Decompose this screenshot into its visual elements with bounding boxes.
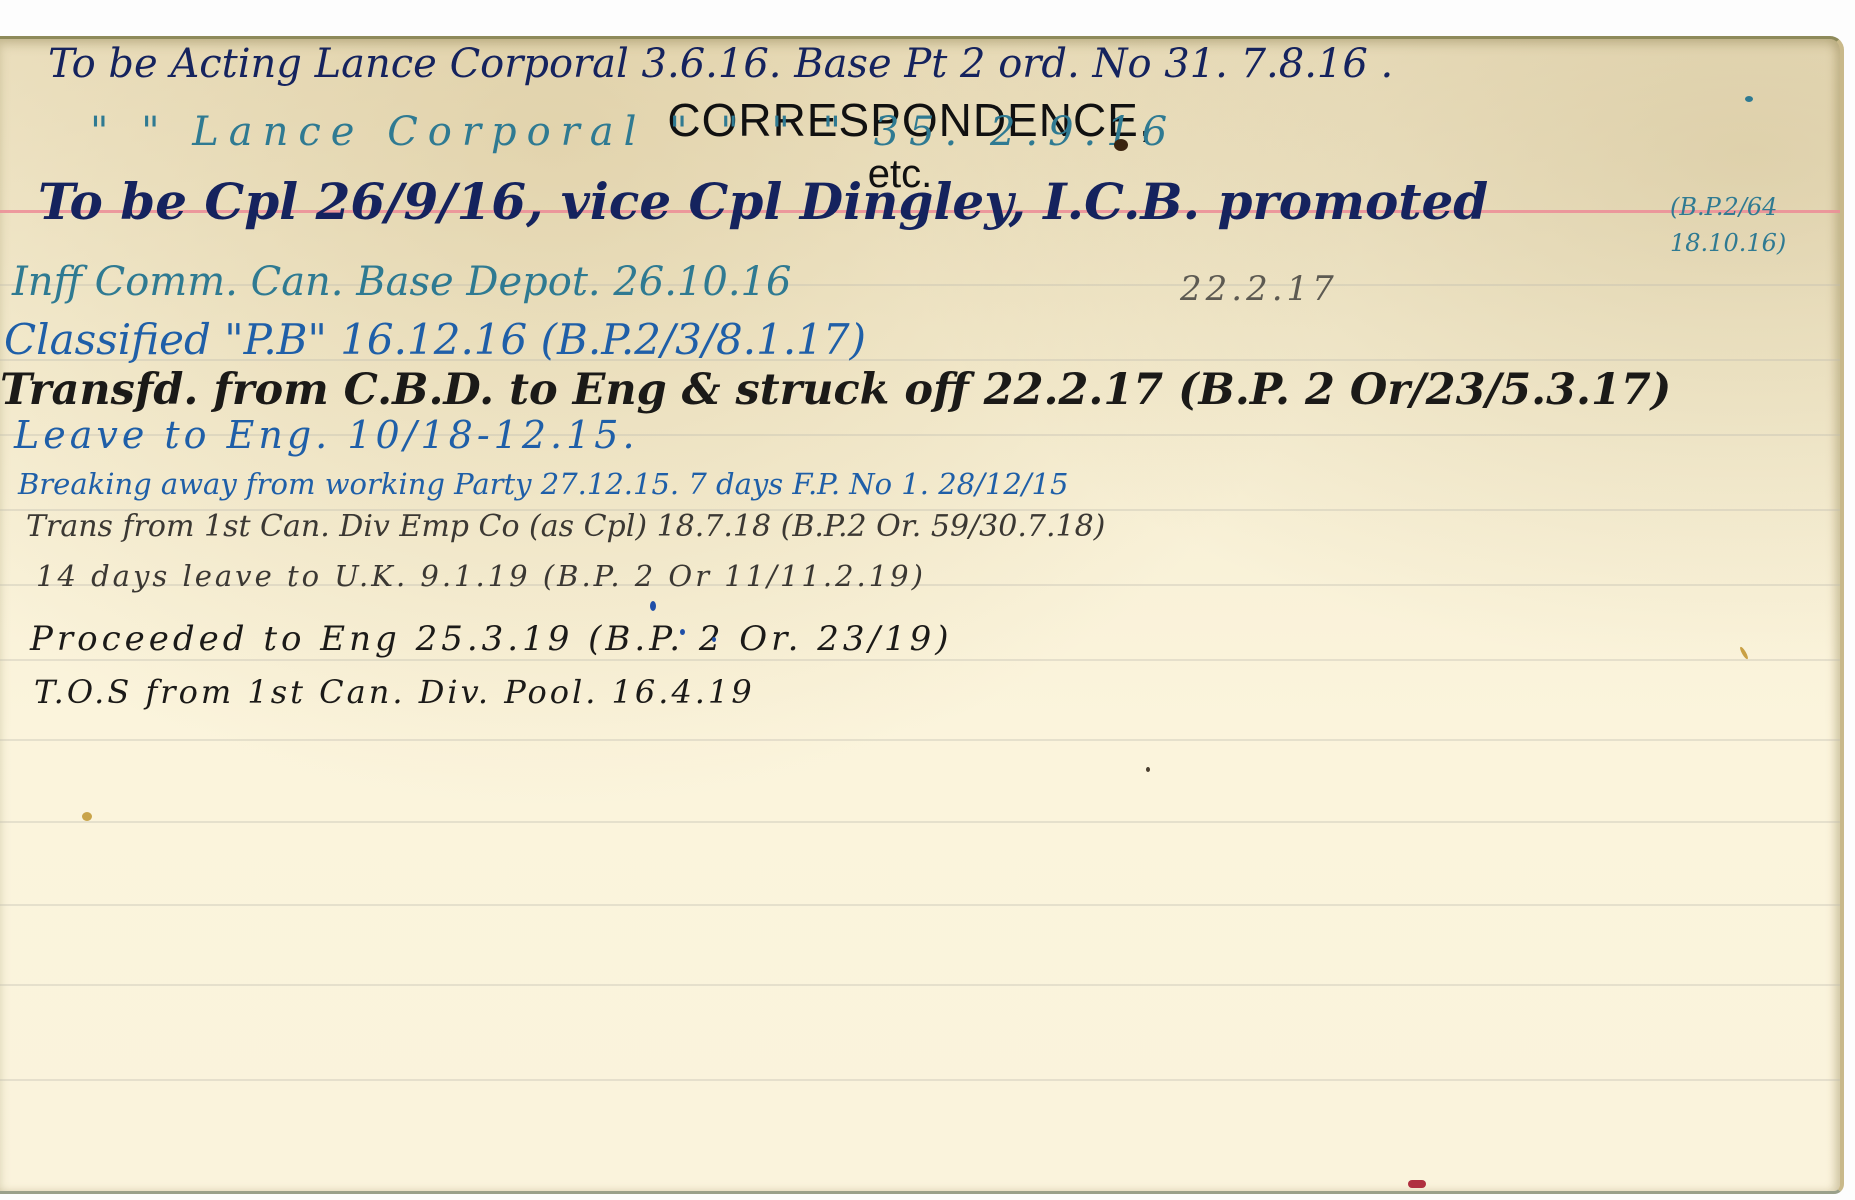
entry-breaking-away: Breaking away from working Party 27.12.1… (18, 467, 1068, 501)
entry-transferred-struck-off: Transfd. from C.B.D. to Eng & struck off… (0, 365, 1671, 415)
entry-proceeded-to-eng: Proceeded to Eng 25.3.19 (B.P. 2 Or. 23/… (30, 619, 953, 659)
entry-trans-from-emp-co: Trans from 1st Can. Div Emp Co (as Cpl) … (26, 509, 1105, 544)
entry-14-days-leave: 14 days leave to U.K. 9.1.19 (B.P. 2 Or … (36, 559, 926, 593)
ruled-line (0, 984, 1840, 986)
paper-stain (82, 812, 92, 821)
paper-speck (1146, 767, 1150, 772)
ink-dot (680, 629, 685, 635)
entry-to-be-corporal-ref: (B.P.2/64 18.10.16) (1670, 189, 1840, 261)
entry-classified-pb: Classified "P.B" 16.12.16 (B.P.2/3/8.1.1… (4, 315, 866, 364)
entry-to-be-corporal: To be Cpl 26/9/16, vice Cpl Dingley, I.C… (38, 172, 1488, 231)
ruled-line (0, 659, 1840, 661)
entry-inff-comm-end-date: 22.2.17 (1180, 269, 1338, 309)
ink-blot (1114, 139, 1128, 151)
ink-dot (712, 637, 716, 642)
ink-dot (650, 601, 656, 611)
ruled-line (0, 739, 1840, 741)
entry-acting-lance-corporal: To be Acting Lance Corporal 3.6.16. Base… (48, 41, 1393, 87)
ruled-line (0, 1079, 1840, 1081)
ink-dot (1745, 96, 1753, 102)
edge-mark (1408, 1180, 1426, 1188)
entry-tos-from-pool: T.O.S from 1st Can. Div. Pool. 16.4.19 (34, 673, 755, 711)
ruled-line (0, 821, 1840, 823)
paper-stain (1739, 646, 1749, 660)
entry-inff-comm: Inff Comm. Can. Base Depot. 26.10.16 (12, 259, 791, 305)
entry-lance-corporal: " " Lance Corporal " " " " 35. 2.9.16 (90, 109, 1177, 155)
entry-leave-to-eng: Leave to Eng. 10/18-12.15. (14, 413, 639, 457)
record-card: CORRESPONDENCE, etc. To be Acting Lance … (0, 36, 1844, 1194)
ruled-line (0, 904, 1840, 906)
